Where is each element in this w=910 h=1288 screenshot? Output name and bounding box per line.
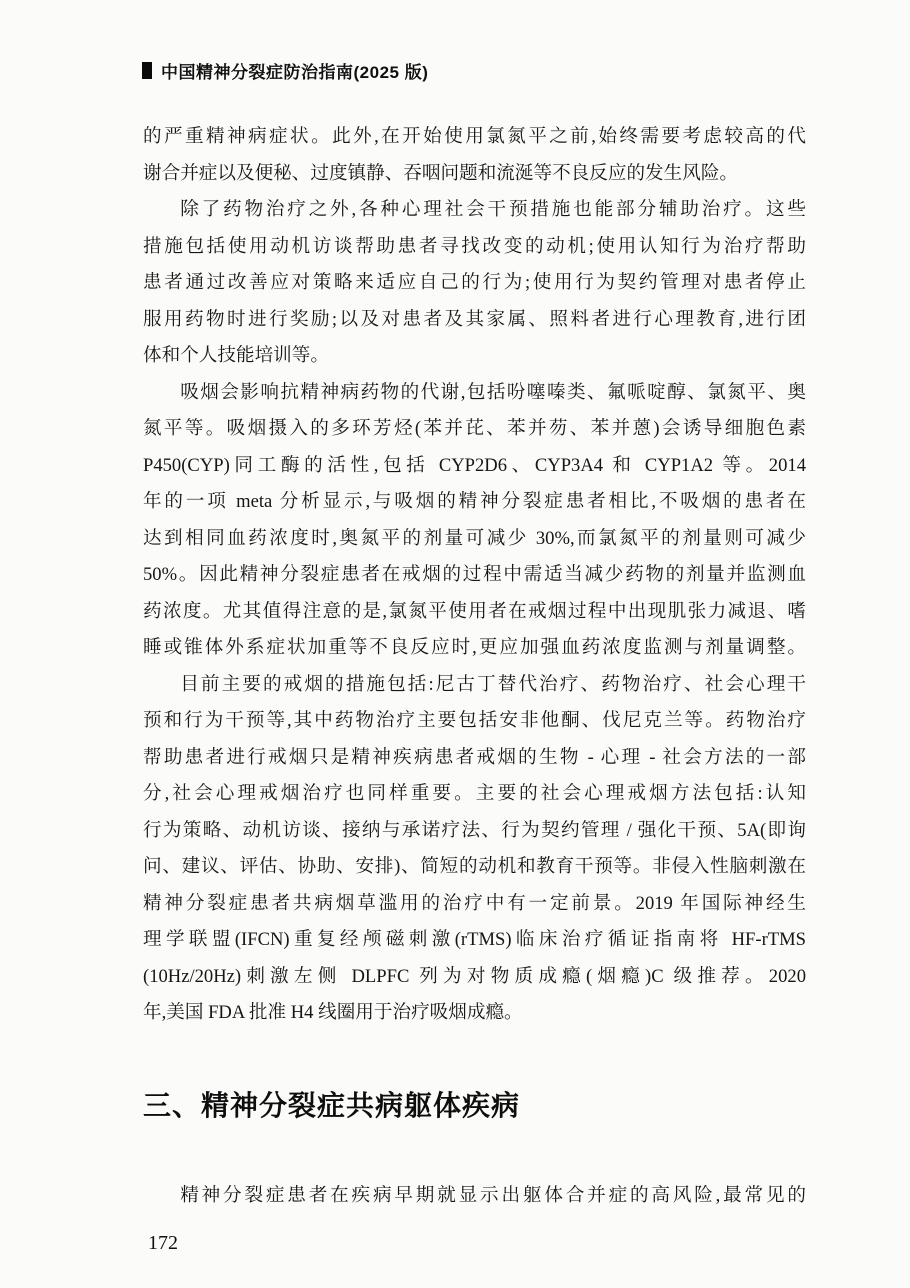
paragraph: 除了药物治疗之外,各种心理社会干预措施也能部分辅助治疗。这些 措施包括使用动机访…: [143, 192, 806, 375]
text-line: (10Hz/20Hz)刺激左侧 DLPFC 列为对物质成瘾(烟瘾)C 级推荐。2…: [143, 959, 806, 996]
text-line: 体和个人技能培训等。: [143, 338, 806, 375]
text-line: 预和行为干预等,其中药物治疗主要包括安非他酮、伐尼克兰等。药物治疗: [143, 703, 806, 740]
header-bar-icon: [142, 62, 152, 79]
text-line: 服用药物时进行奖励;以及对患者及其家属、照料者进行心理教育,进行团: [143, 302, 806, 339]
paragraph: 目前主要的戒烟的措施包括:尼古丁替代治疗、药物治疗、社会心理干 预和行为干预等,…: [143, 667, 806, 1032]
text-line: 措施包括使用动机访谈帮助患者寻找改变的动机;使用认知行为治疗帮助: [143, 229, 806, 266]
text-line: 年的一项 meta 分析显示,与吸烟的精神分裂症患者相比,不吸烟的患者在: [143, 484, 806, 521]
text-line: 50%。因此精神分裂症患者在戒烟的过程中需适当减少药物的剂量并监测血: [143, 557, 806, 594]
text-line: 患者通过改善应对策略来适应自己的行为;使用行为契约管理对患者停止: [143, 265, 806, 302]
section-heading: 三、精神分裂症共病躯体疾病: [143, 1084, 520, 1124]
text-line: 除了药物治疗之外,各种心理社会干预措施也能部分辅助治疗。这些: [143, 192, 806, 229]
text-line: 精神分裂症患者共病烟草滥用的治疗中有一定前景。2019 年国际神经生: [143, 886, 806, 923]
text-line: 行为策略、动机访谈、接纳与承诺疗法、行为契约管理 / 强化干预、5A(即询: [143, 813, 806, 850]
text-line: 目前主要的戒烟的措施包括:尼古丁替代治疗、药物治疗、社会心理干: [143, 667, 806, 704]
text-line: 氮平等。吸烟摄入的多环芳烃(苯并芘、苯并芴、苯并蒽)会诱导细胞色素: [143, 411, 806, 448]
running-header-title: 中国精神分裂症防治指南(2025 版): [161, 58, 428, 83]
text-line: 睡或锥体外系症状加重等不良反应时,更应加强血药浓度监测与剂量调整。: [143, 630, 806, 667]
text-line: 的严重精神病症状。此外,在开始使用氯氮平之前,始终需要考虑较高的代: [143, 119, 806, 156]
text-line: 谢合并症以及便秘、过度镇静、吞咽问题和流涎等不良反应的发生风险。: [143, 156, 806, 193]
paragraph: 吸烟会影响抗精神病药物的代谢,包括吩噻嗪类、氟哌啶醇、氯氮平、奥 氮平等。吸烟摄…: [143, 375, 806, 667]
book-page: 中国精神分裂症防治指南(2025 版) 的严重精神病症状。此外,在开始使用氯氮平…: [0, 0, 910, 1288]
paragraph: 精神分裂症患者在疾病早期就显示出躯体合并症的高风险,最常见的: [143, 1178, 806, 1215]
body-text-after-heading: 精神分裂症患者在疾病早期就显示出躯体合并症的高风险,最常见的: [143, 1178, 806, 1215]
running-header: 中国精神分裂症防治指南(2025 版): [142, 59, 428, 81]
text-line: P450(CYP)同工酶的活性,包括 CYP2D6、CYP3A4 和 CYP1A…: [143, 448, 806, 485]
text-line: 吸烟会影响抗精神病药物的代谢,包括吩噻嗪类、氟哌啶醇、氯氮平、奥: [143, 375, 806, 412]
text-line: 达到相同血药浓度时,奥氮平的剂量可减少 30%,而氯氮平的剂量则可减少: [143, 521, 806, 558]
text-line: 药浓度。尤其值得注意的是,氯氮平使用者在戒烟过程中出现肌张力减退、嗜: [143, 594, 806, 631]
paragraph: 的严重精神病症状。此外,在开始使用氯氮平之前,始终需要考虑较高的代 谢合并症以及…: [143, 119, 806, 192]
page-number: 172: [148, 1232, 178, 1255]
text-line: 帮助患者进行戒烟只是精神疾病患者戒烟的生物 - 心理 - 社会方法的一部: [143, 740, 806, 777]
text-line: 问、建议、评估、协助、安排)、简短的动机和教育干预等。非侵入性脑刺激在: [143, 849, 806, 886]
body-text: 的严重精神病症状。此外,在开始使用氯氮平之前,始终需要考虑较高的代 谢合并症以及…: [143, 119, 806, 1032]
text-line: 年,美国 FDA 批准 H4 线圈用于治疗吸烟成瘾。: [143, 995, 806, 1032]
text-line: 分,社会心理戒烟治疗也同样重要。主要的社会心理戒烟方法包括:认知: [143, 776, 806, 813]
text-line: 精神分裂症患者在疾病早期就显示出躯体合并症的高风险,最常见的: [143, 1178, 806, 1215]
text-line: 理学联盟(IFCN)重复经颅磁刺激(rTMS)临床治疗循证指南将 HF-rTMS: [143, 922, 806, 959]
